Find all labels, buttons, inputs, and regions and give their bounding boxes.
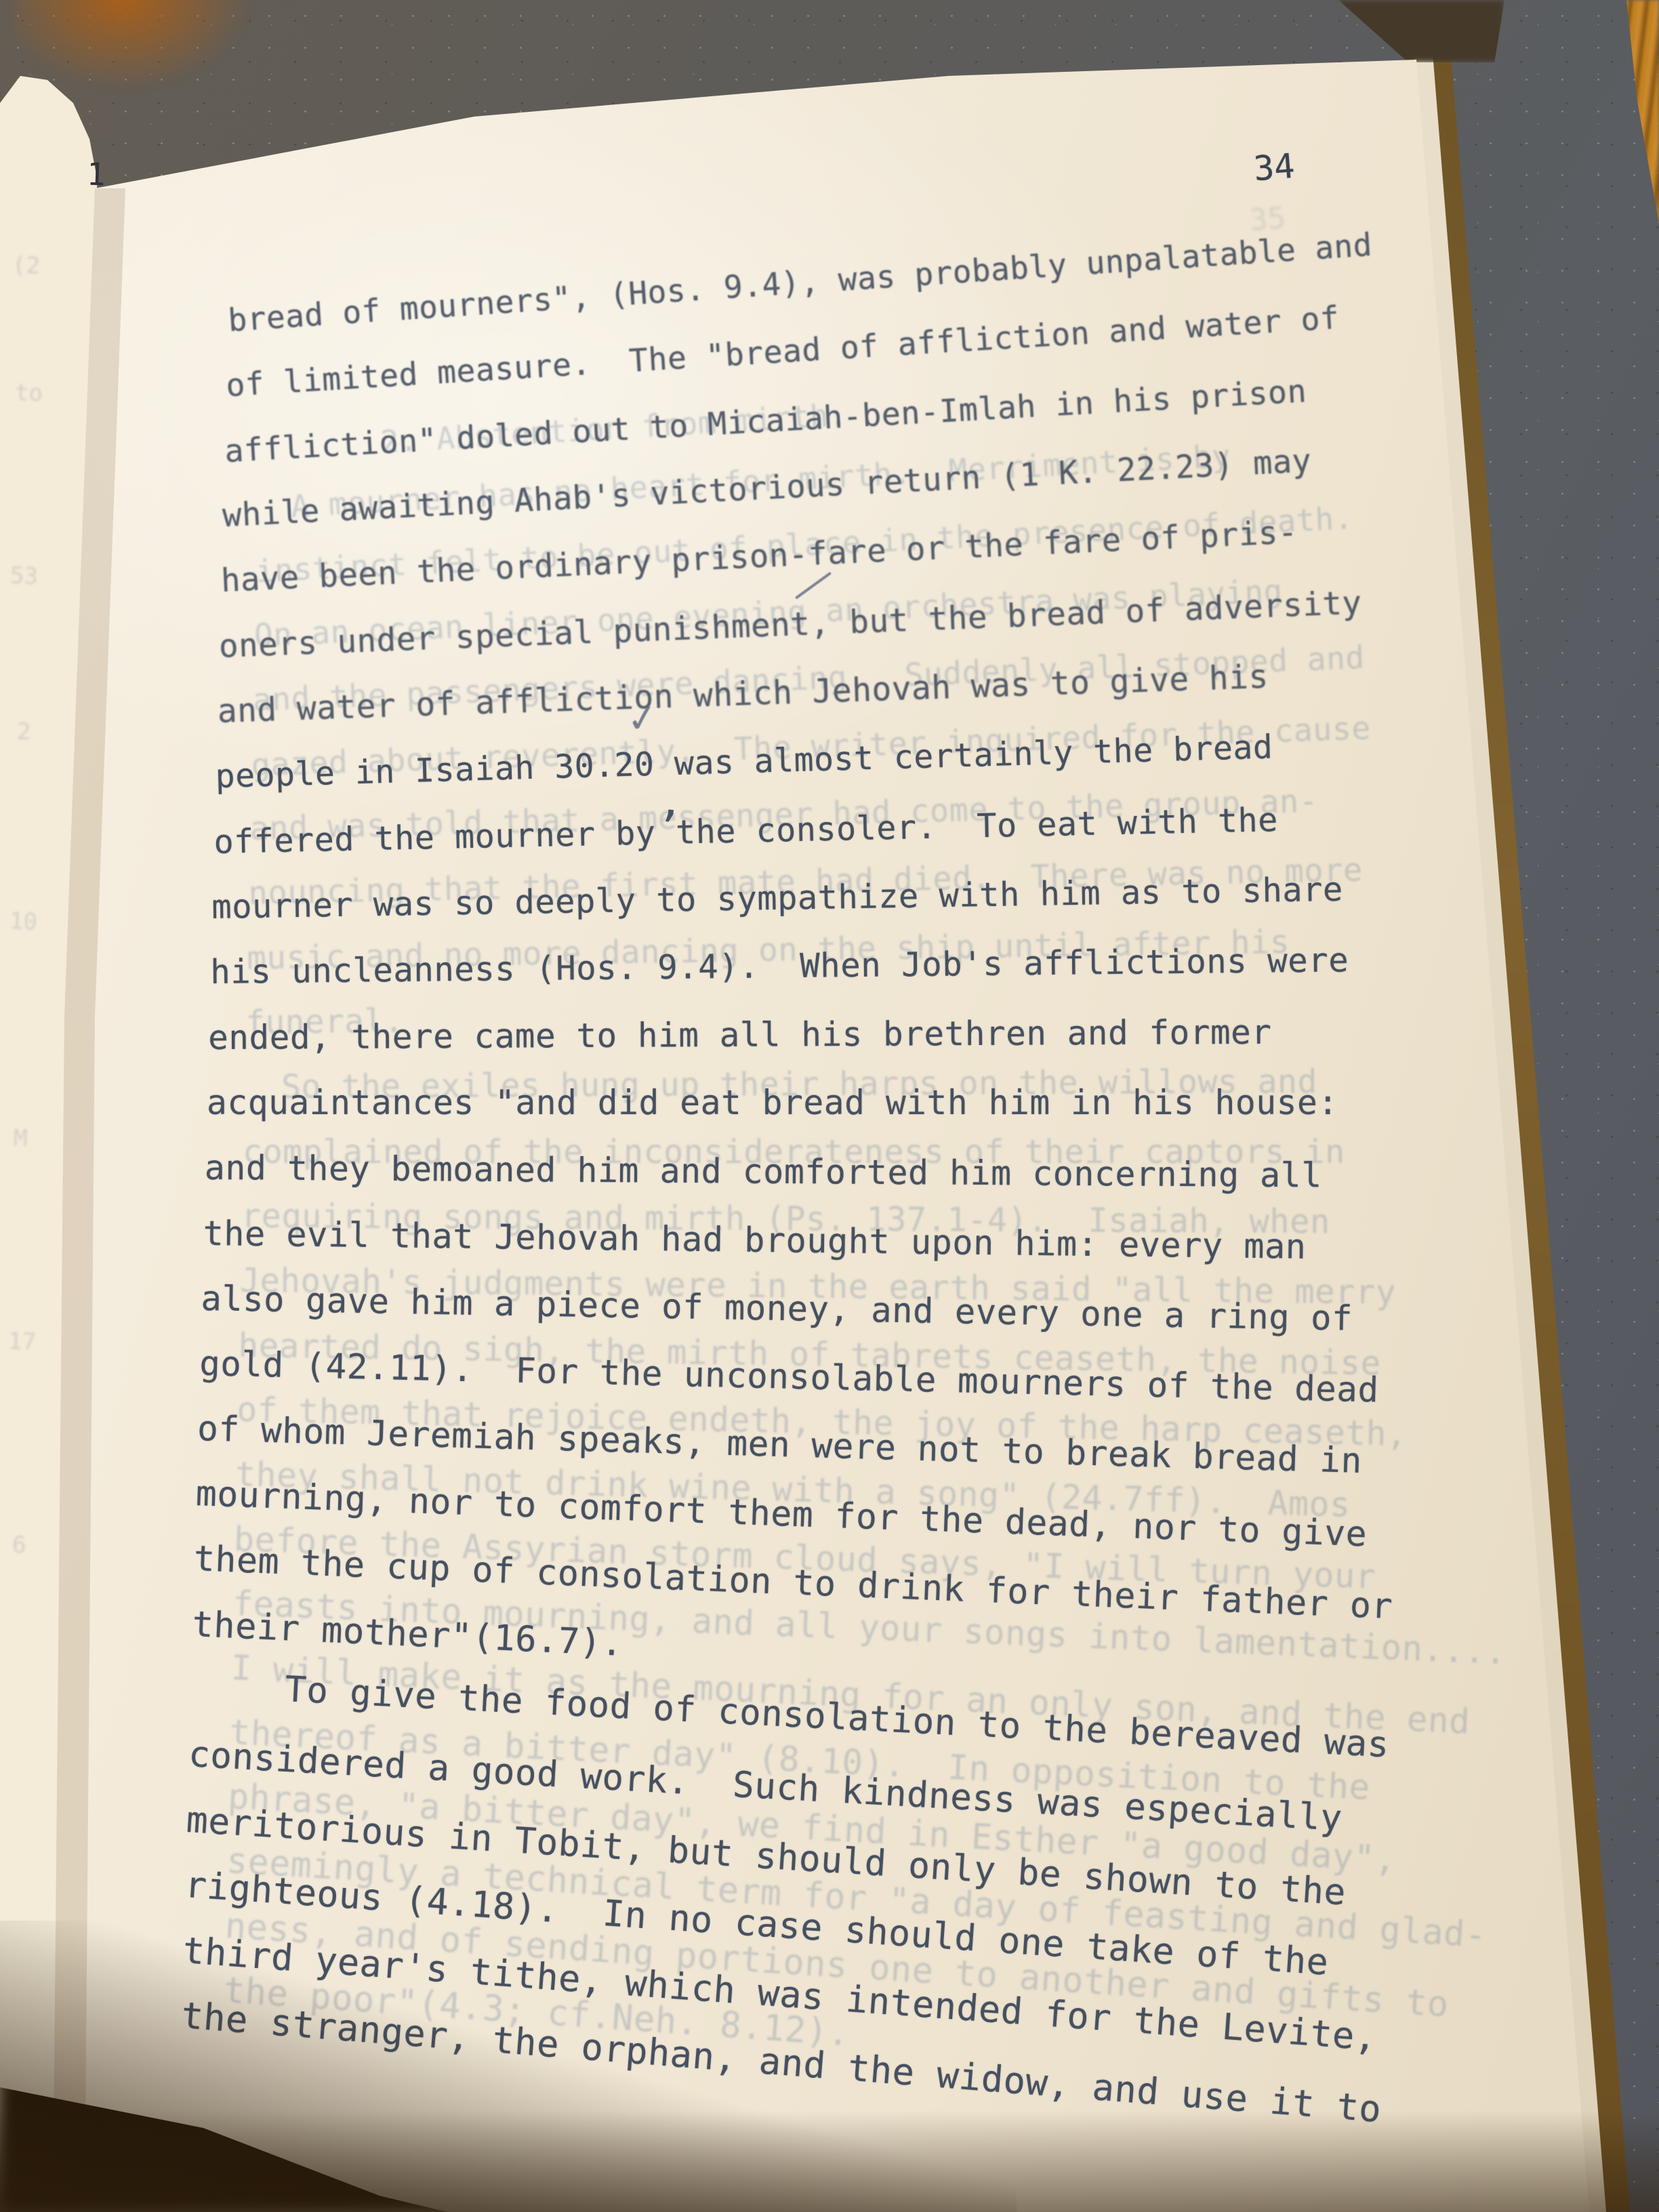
amber-corner-glow [14,0,258,95]
bleed-mark: 6 [12,1532,26,1559]
bleed-mark: M [13,1125,28,1153]
typed-line: and they bemoaned him and comforted him … [205,1149,1322,1195]
typed-line: ended, there came to him all his brethre… [208,1014,1272,1057]
bleed-mark: 10 [9,907,37,935]
bleed-mark: to [14,379,43,407]
handwritten-margin-mark: 1 [86,156,106,193]
ghost-page-number: 35 [1248,201,1287,238]
page-number: 34 [1252,146,1296,189]
bleed-mark: 53 [9,562,38,590]
bleed-mark: (2 [12,251,40,279]
inserted-comma-mark: , [657,776,685,827]
bleed-mark: 17 [7,1328,36,1355]
bottom-shadow [0,2110,1659,2212]
bleed-mark: 2 [16,718,31,746]
book-page-photo: (2 to 53 2 10 M 17 6 2. Abstention from … [0,0,1659,2212]
typed-line: acquaintances "and did eat bread with hi… [207,1084,1338,1122]
